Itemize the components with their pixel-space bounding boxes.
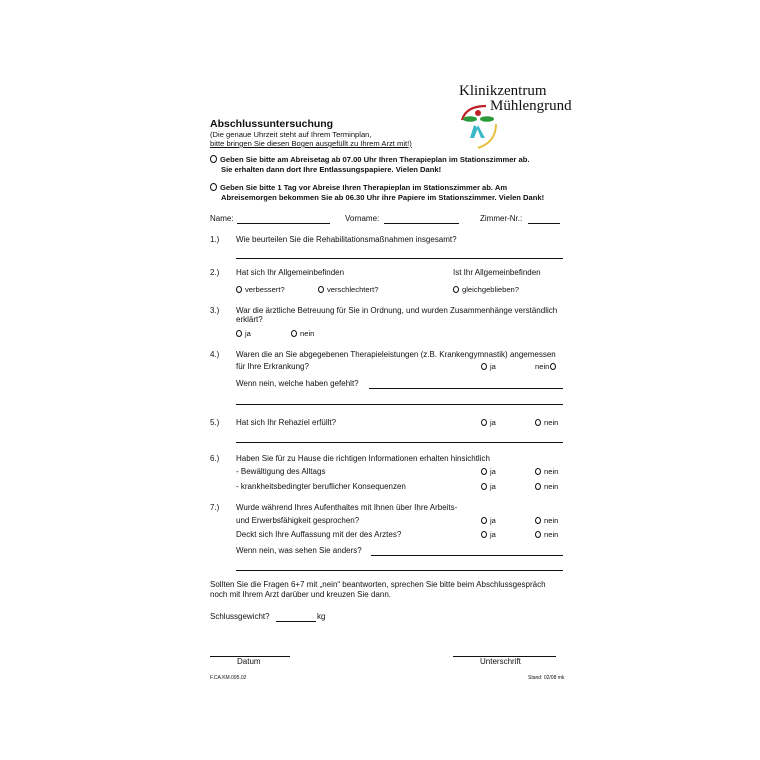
q4-option-ja[interactable]: ja	[481, 362, 496, 372]
q4-number: 4.)	[210, 350, 219, 360]
q2-text-left: Hat sich Ihr Allgemeinbefinden	[236, 268, 344, 278]
signature-label: Unterschrift	[480, 657, 521, 667]
radio-icon[interactable]	[210, 183, 217, 191]
radio-icon[interactable]	[236, 330, 242, 337]
vorname-label: Vorname:	[345, 214, 379, 224]
radio-icon[interactable]	[318, 286, 324, 293]
q5-option-nein[interactable]: nein	[535, 418, 558, 428]
q4-followup-label: Wenn nein, welche haben gefehlt?	[236, 379, 359, 389]
form-title: Abschlussuntersuchung	[210, 118, 333, 130]
q6-sub1-option-ja[interactable]: ja	[481, 467, 496, 477]
radio-icon[interactable]	[291, 330, 297, 337]
radio-icon[interactable]	[535, 517, 541, 524]
q3-line1: War die ärztliche Betreuung für Sie in O…	[236, 306, 557, 316]
q3-option-ja[interactable]: ja	[236, 329, 251, 339]
radio-icon[interactable]	[481, 483, 487, 490]
zimmer-field[interactable]	[528, 223, 560, 224]
q7-followup-field-2[interactable]	[236, 570, 563, 571]
name-field[interactable]	[237, 223, 330, 224]
q6-sub2-option-ja[interactable]: ja	[481, 482, 496, 492]
radio-icon[interactable]	[210, 155, 217, 163]
footer-note-line2: noch mit Ihrem Arzt darüber und kreuzen …	[210, 590, 391, 600]
q3-option-nein[interactable]: nein	[291, 329, 314, 339]
instruction-2-line2: Abreisemorgen bekommen Sie ab 06.30 Uhr …	[221, 193, 544, 203]
q7-sub1-option-nein[interactable]: nein	[535, 516, 558, 526]
q1-number: 1.)	[210, 235, 219, 245]
q2-option-verschlechtert[interactable]: verschlechtert?	[318, 285, 379, 295]
date-label: Datum	[237, 657, 261, 667]
form-code: F.CA.KM.095.02	[210, 675, 246, 682]
radio-icon[interactable]	[481, 531, 487, 538]
logo-name-line1: Klinikzentrum	[459, 84, 546, 99]
radio-icon[interactable]	[535, 468, 541, 475]
vorname-field[interactable]	[384, 223, 459, 224]
q7-followup-field[interactable]	[371, 555, 563, 556]
q2-number: 2.)	[210, 268, 219, 278]
radio-icon[interactable]	[453, 286, 459, 293]
q5-text: Hat sich Ihr Rehaziel erfüllt?	[236, 418, 336, 428]
q4-followup-field[interactable]	[369, 388, 563, 389]
q7-sub2-text: Deckt sich Ihre Auffassung mit der des A…	[236, 530, 401, 540]
radio-icon[interactable]	[535, 483, 541, 490]
q1-text: Wie beurteilen Sie die Rehabilitationsma…	[236, 235, 457, 245]
instruction-1-line2: Sie erhalten dann dort Ihre Entlassungsp…	[221, 165, 441, 175]
zimmer-label: Zimmer-Nr.:	[480, 214, 522, 224]
q6-sub1-text: - Bewältigung des Alltags	[236, 467, 325, 477]
q2-option-gleichgeblieben[interactable]: gleichgeblieben?	[453, 285, 519, 295]
q2-option-verbessert[interactable]: verbessert?	[236, 285, 285, 295]
q7-sub2-option-ja[interactable]: ja	[481, 530, 496, 540]
radio-icon[interactable]	[481, 517, 487, 524]
radio-icon[interactable]	[535, 531, 541, 538]
radio-icon[interactable]	[481, 419, 487, 426]
revision-stamp: Stand: 02/08 mk	[528, 675, 564, 682]
name-label: Name:	[210, 214, 234, 224]
radio-icon[interactable]	[481, 363, 487, 370]
instruction-option-2[interactable]: Geben Sie bitte 1 Tag vor Abreise Ihren …	[210, 183, 507, 193]
q7-sub1-option-ja[interactable]: ja	[481, 516, 496, 526]
q1-answer-field[interactable]	[236, 258, 563, 259]
radio-icon[interactable]	[481, 468, 487, 475]
weight-field[interactable]	[276, 621, 316, 622]
q3-line2: erklärt?	[236, 315, 263, 325]
instruction-option-1[interactable]: Geben Sie bitte am Abreisetag ab 07.00 U…	[210, 155, 529, 165]
q2-text-right: Ist Ihr Allgemeinbefinden	[453, 268, 541, 278]
q6-text: Haben Sie für zu Hause die richtigen Inf…	[236, 454, 490, 464]
q7-line2: und Erwerbsfähigkeit gesprochen?	[236, 516, 359, 526]
q6-sub2-text: - krankheitsbedingter beruflicher Konseq…	[236, 482, 406, 492]
radio-icon[interactable]	[550, 363, 556, 370]
q3-number: 3.)	[210, 306, 219, 316]
radio-icon[interactable]	[236, 286, 242, 293]
q6-sub2-option-nein[interactable]: nein	[535, 482, 558, 492]
radio-icon[interactable]	[535, 419, 541, 426]
q4-line2: für Ihre Erkrankung?	[236, 362, 309, 372]
q7-sub2-option-nein[interactable]: nein	[535, 530, 558, 540]
q4-line1: Waren die an Sie abgegebenen Therapielei…	[236, 350, 556, 360]
q5-number: 5.)	[210, 418, 219, 428]
weight-unit: kg	[317, 612, 325, 622]
q6-sub1-option-nein[interactable]: nein	[535, 467, 558, 477]
header-note-line2: bitte bringen Sie diesen Bogen ausgefüll…	[210, 139, 412, 149]
weight-label: Schlussgewicht?	[210, 612, 270, 622]
logo-figure-icon	[456, 100, 504, 150]
q7-followup-label: Wenn nein, was sehen Sie anders?	[236, 546, 362, 556]
q4-followup-field-2[interactable]	[236, 404, 563, 405]
q7-number: 7.)	[210, 503, 219, 513]
q4-option-nein[interactable]: nein	[535, 362, 556, 372]
q6-number: 6.)	[210, 454, 219, 464]
footer-note-line1: Sollten Sie die Fragen 6+7 mit „nein“ be…	[210, 580, 546, 590]
q5-option-ja[interactable]: ja	[481, 418, 496, 428]
q5-answer-field[interactable]	[236, 442, 563, 443]
q7-line1: Wurde während Ihres Aufenthaltes mit Ihn…	[236, 503, 457, 513]
